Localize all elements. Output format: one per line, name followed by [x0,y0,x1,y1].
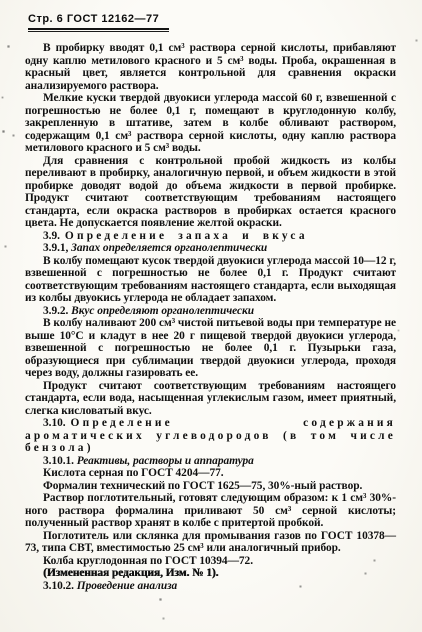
clause-number-3-10-1: 3.10.1. [43,455,74,467]
scan-speckles [0,0,1,1]
clause-title-3-10-2: Проведение анализа [77,580,177,592]
section-number-3-9: 3.9. [43,230,60,242]
clause-title-3-9-1: Запах определяется органолептически [71,242,267,254]
section-heading-3-9: 3.9.Определение запаха и вкуса [25,230,396,243]
clause-number-3-9-1: 3.9.1, [43,242,68,254]
paragraph-absorber-solution: Раствор поглотительный, готовят следующи… [25,492,396,530]
section-heading-3-10: 3.10.Определение содержания ароматически… [25,417,396,455]
clause-3-9-1: 3.9.1, Запах определяется органолептичес… [25,242,396,255]
clause-3-10-2: 3.10.2. Проведение анализа [25,580,396,593]
header-rule-thick [28,28,169,30]
clause-title-3-10-1: Реактивы, растворы и аппаратура [77,455,254,467]
clause-number-3-10-2: 3.10.2. [43,580,74,592]
paragraph-taste-result: Продукт считают соответствующим требован… [25,380,396,418]
clause-number-3-9-2: 3.9.2. [43,305,68,317]
paragraph-comparison: Для сравнения с контрольной пробой жидко… [25,155,396,230]
clause-title-3-9-2: Вкус определяют органолептически [71,305,254,317]
clause-3-10-1: 3.10.1. Реактивы, растворы и аппаратура [25,455,396,468]
amendment-note: (Измененная редакция, Изм. № 1). [25,567,396,580]
section-number-3-10: 3.10. [43,417,66,429]
paragraph-sulfuric-acid: Кислота серная по ГОСТ 4204—77. [25,467,396,480]
paragraph-flask: Колба круглодонная по ГОСТ 10394—72. [25,555,396,568]
paragraph-smell-test: В колбу помещают кусок твердой двуокиси … [25,255,396,305]
paragraph-intro-probe: В пробирку вводят 0,1 см³ раствора серно… [25,42,396,92]
paragraph-absorber-device: Поглотитель или склянка для промывания г… [25,530,396,555]
section-title-3-10: Определение содержания ароматических угл… [25,417,396,454]
clause-3-9-2: 3.9.2. Вкус определяют органолептически [25,305,396,318]
paragraph-formalin: Формалин технический по ГОСТ 1625—75, 30… [25,480,396,493]
document-body: В пробирку вводят 0,1 см³ раствора серно… [0,42,422,592]
header-rule-thin [28,31,169,32]
page-header: Стр. 6 ГОСТ 12162—77 [28,13,422,25]
section-title-3-9: Определение запаха и вкуса [65,230,308,242]
document-page: Стр. 6 ГОСТ 12162—77 В пробирку вводят 0… [0,0,422,632]
paragraph-taste-test: В колбу наливают 200 см³ чистой питьевой… [25,317,396,380]
paragraph-small-pieces: Мелкие куски твердой двуокиси углерода м… [25,92,396,155]
